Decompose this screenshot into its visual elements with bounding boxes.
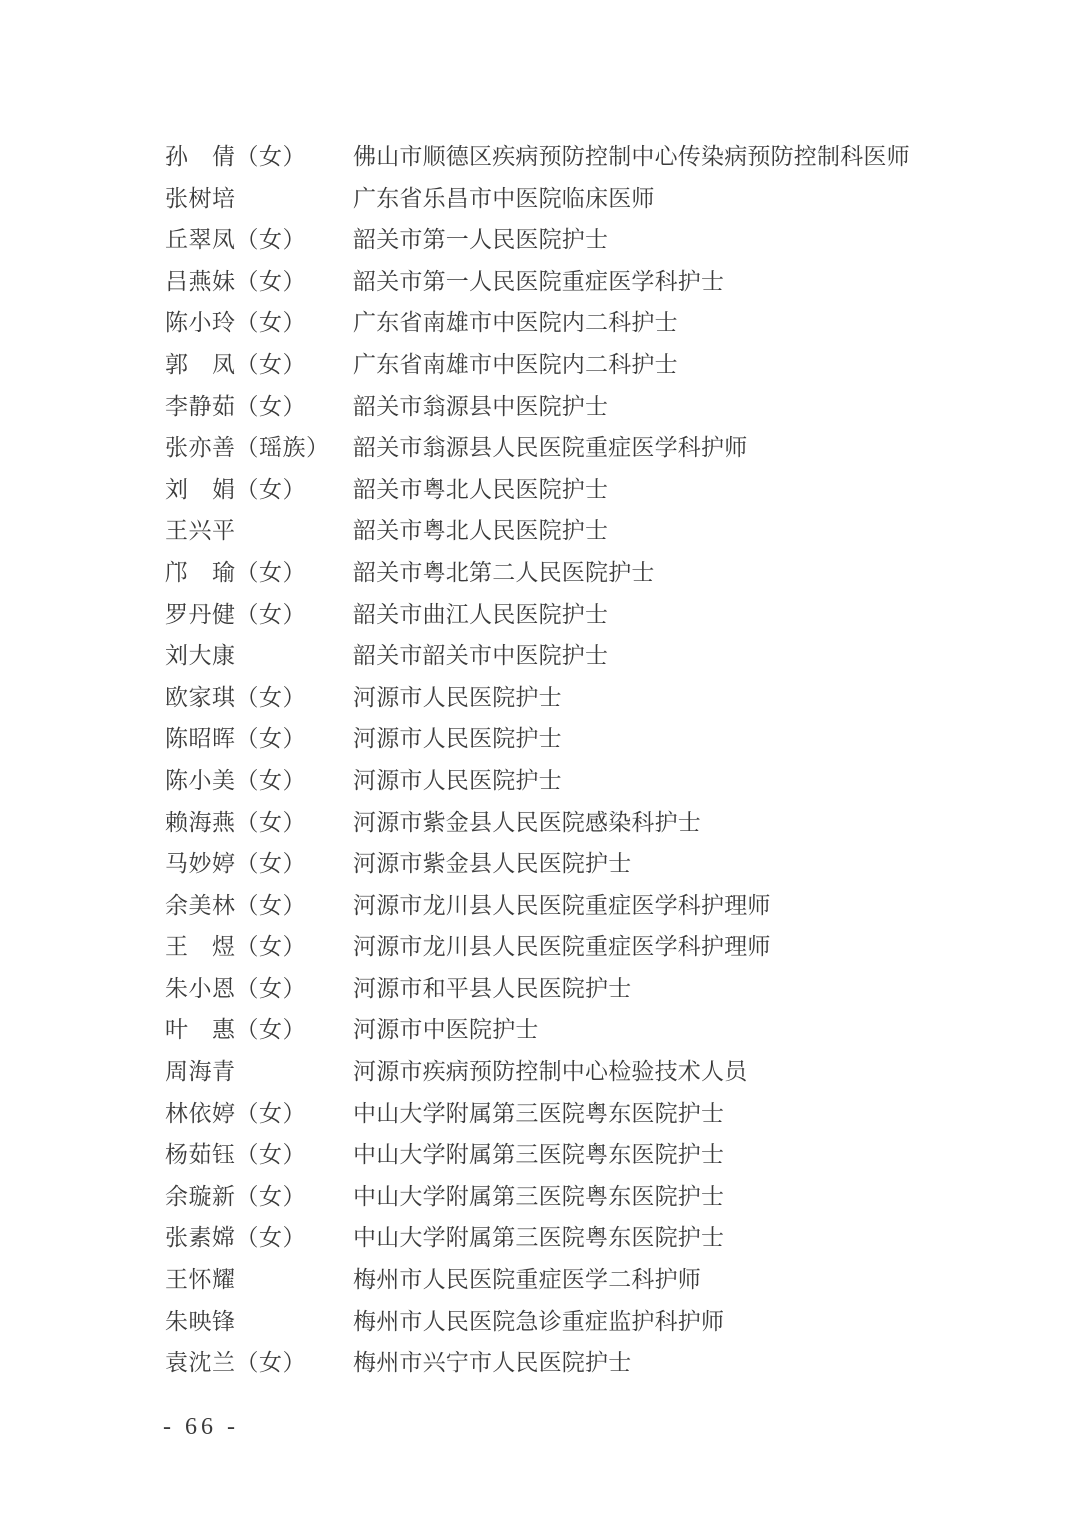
roster-row: 刘 娟（女）韶关市粤北人民医院护士 xyxy=(165,469,910,511)
roster-list: 孙 倩（女）佛山市顺德区疾病预防控制中心传染病预防控制科医师张树培广东省乐昌市中… xyxy=(165,136,910,1384)
person-affiliation: 河源市疾病预防控制中心检验技术人员 xyxy=(353,1051,747,1093)
person-name: 王 煜（女） xyxy=(165,926,353,968)
person-affiliation: 韶关市翁源县人民医院重症医学科护师 xyxy=(353,427,747,469)
roster-row: 朱小恩（女）河源市和平县人民医院护士 xyxy=(165,968,910,1010)
roster-row: 陈昭晖（女）河源市人民医院护士 xyxy=(165,718,910,760)
person-affiliation: 梅州市人民医院重症医学二科护师 xyxy=(353,1259,701,1301)
person-name: 王怀耀 xyxy=(165,1259,353,1301)
person-affiliation: 河源市紫金县人民医院护士 xyxy=(353,843,631,885)
person-affiliation: 韶关市翁源县中医院护士 xyxy=(353,386,608,428)
person-name: 张亦善（瑶族） xyxy=(165,427,353,469)
person-name: 刘 娟（女） xyxy=(165,469,353,511)
person-name: 陈小美（女） xyxy=(165,760,353,802)
person-affiliation: 广东省南雄市中医院内二科护士 xyxy=(353,344,678,386)
roster-row: 周海青河源市疾病预防控制中心检验技术人员 xyxy=(165,1051,910,1093)
roster-row: 赖海燕（女）河源市紫金县人民医院感染科护士 xyxy=(165,802,910,844)
person-name: 朱小恩（女） xyxy=(165,968,353,1010)
person-name: 陈小玲（女） xyxy=(165,302,353,344)
person-affiliation: 韶关市粤北人民医院护士 xyxy=(353,469,608,511)
person-name: 赖海燕（女） xyxy=(165,802,353,844)
roster-row: 林依婷（女）中山大学附属第三医院粤东医院护士 xyxy=(165,1093,910,1135)
person-name: 张树培 xyxy=(165,178,353,220)
person-name: 欧家琪（女） xyxy=(165,677,353,719)
person-name: 吕燕妹（女） xyxy=(165,261,353,303)
roster-row: 张树培广东省乐昌市中医院临床医师 xyxy=(165,178,910,220)
person-name: 张素嫦（女） xyxy=(165,1217,353,1259)
roster-row: 陈小美（女）河源市人民医院护士 xyxy=(165,760,910,802)
person-name: 朱映锋 xyxy=(165,1301,353,1343)
person-name: 李静茹（女） xyxy=(165,386,353,428)
person-affiliation: 韶关市第一人民医院重症医学科护士 xyxy=(353,261,724,303)
roster-row: 朱映锋梅州市人民医院急诊重症监护科护师 xyxy=(165,1301,910,1343)
person-name: 周海青 xyxy=(165,1051,353,1093)
person-name: 余美林（女） xyxy=(165,885,353,927)
person-affiliation: 佛山市顺德区疾病预防控制中心传染病预防控制科医师 xyxy=(353,136,910,178)
person-affiliation: 河源市龙川县人民医院重症医学科护理师 xyxy=(353,926,771,968)
person-affiliation: 广东省南雄市中医院内二科护士 xyxy=(353,302,678,344)
person-affiliation: 河源市人民医院护士 xyxy=(353,718,562,760)
person-name: 马妙婷（女） xyxy=(165,843,353,885)
roster-row: 余璇新（女）中山大学附属第三医院粤东医院护士 xyxy=(165,1176,910,1218)
roster-row: 张素嫦（女）中山大学附属第三医院粤东医院护士 xyxy=(165,1217,910,1259)
roster-row: 袁沈兰（女）梅州市兴宁市人民医院护士 xyxy=(165,1342,910,1384)
roster-row: 丘翠凤（女）韶关市第一人民医院护士 xyxy=(165,219,910,261)
roster-row: 邝 瑜（女）韶关市粤北第二人民医院护士 xyxy=(165,552,910,594)
person-name: 刘大康 xyxy=(165,635,353,677)
roster-row: 王 煜（女）河源市龙川县人民医院重症医学科护理师 xyxy=(165,926,910,968)
person-affiliation: 河源市人民医院护士 xyxy=(353,760,562,802)
roster-row: 杨茹钰（女）中山大学附属第三医院粤东医院护士 xyxy=(165,1134,910,1176)
person-name: 叶 惠（女） xyxy=(165,1009,353,1051)
person-affiliation: 河源市紫金县人民医院感染科护士 xyxy=(353,802,701,844)
roster-row: 李静茹（女）韶关市翁源县中医院护士 xyxy=(165,386,910,428)
person-affiliation: 广东省乐昌市中医院临床医师 xyxy=(353,178,655,220)
person-affiliation: 梅州市兴宁市人民医院护士 xyxy=(353,1342,631,1384)
person-affiliation: 河源市龙川县人民医院重症医学科护理师 xyxy=(353,885,771,927)
person-affiliation: 河源市人民医院护士 xyxy=(353,677,562,719)
roster-row: 王兴平韶关市粤北人民医院护士 xyxy=(165,510,910,552)
roster-row: 郭 凤（女）广东省南雄市中医院内二科护士 xyxy=(165,344,910,386)
roster-row: 孙 倩（女）佛山市顺德区疾病预防控制中心传染病预防控制科医师 xyxy=(165,136,910,178)
roster-row: 张亦善（瑶族）韶关市翁源县人民医院重症医学科护师 xyxy=(165,427,910,469)
person-name: 袁沈兰（女） xyxy=(165,1342,353,1384)
person-name: 罗丹健（女） xyxy=(165,594,353,636)
person-affiliation: 中山大学附属第三医院粤东医院护士 xyxy=(353,1134,724,1176)
person-name: 林依婷（女） xyxy=(165,1093,353,1135)
person-affiliation: 韶关市粤北人民医院护士 xyxy=(353,510,608,552)
person-name: 余璇新（女） xyxy=(165,1176,353,1218)
person-affiliation: 中山大学附属第三医院粤东医院护士 xyxy=(353,1093,724,1135)
roster-row: 刘大康韶关市韶关市中医院护士 xyxy=(165,635,910,677)
person-name: 王兴平 xyxy=(165,510,353,552)
person-name: 丘翠凤（女） xyxy=(165,219,353,261)
person-name: 杨茹钰（女） xyxy=(165,1134,353,1176)
roster-row: 罗丹健（女）韶关市曲江人民医院护士 xyxy=(165,594,910,636)
person-name: 郭 凤（女） xyxy=(165,344,353,386)
roster-row: 余美林（女）河源市龙川县人民医院重症医学科护理师 xyxy=(165,885,910,927)
person-affiliation: 韶关市粤北第二人民医院护士 xyxy=(353,552,655,594)
person-affiliation: 中山大学附属第三医院粤东医院护士 xyxy=(353,1176,724,1218)
person-affiliation: 韶关市第一人民医院护士 xyxy=(353,219,608,261)
person-affiliation: 梅州市人民医院急诊重症监护科护师 xyxy=(353,1301,724,1343)
person-affiliation: 河源市和平县人民医院护士 xyxy=(353,968,631,1010)
person-affiliation: 韶关市韶关市中医院护士 xyxy=(353,635,608,677)
roster-row: 叶 惠（女）河源市中医院护士 xyxy=(165,1009,910,1051)
document-page: 孙 倩（女）佛山市顺德区疾病预防控制中心传染病预防控制科医师张树培广东省乐昌市中… xyxy=(0,0,1080,1527)
roster-row: 马妙婷（女）河源市紫金县人民医院护士 xyxy=(165,843,910,885)
roster-row: 欧家琪（女）河源市人民医院护士 xyxy=(165,677,910,719)
person-affiliation: 韶关市曲江人民医院护士 xyxy=(353,594,608,636)
person-affiliation: 河源市中医院护士 xyxy=(353,1009,539,1051)
roster-row: 吕燕妹（女）韶关市第一人民医院重症医学科护士 xyxy=(165,261,910,303)
person-name: 孙 倩（女） xyxy=(165,136,353,178)
roster-row: 陈小玲（女）广东省南雄市中医院内二科护士 xyxy=(165,302,910,344)
person-affiliation: 中山大学附属第三医院粤东医院护士 xyxy=(353,1217,724,1259)
person-name: 邝 瑜（女） xyxy=(165,552,353,594)
person-name: 陈昭晖（女） xyxy=(165,718,353,760)
page-number: - 66 - xyxy=(163,1414,239,1441)
roster-row: 王怀耀梅州市人民医院重症医学二科护师 xyxy=(165,1259,910,1301)
